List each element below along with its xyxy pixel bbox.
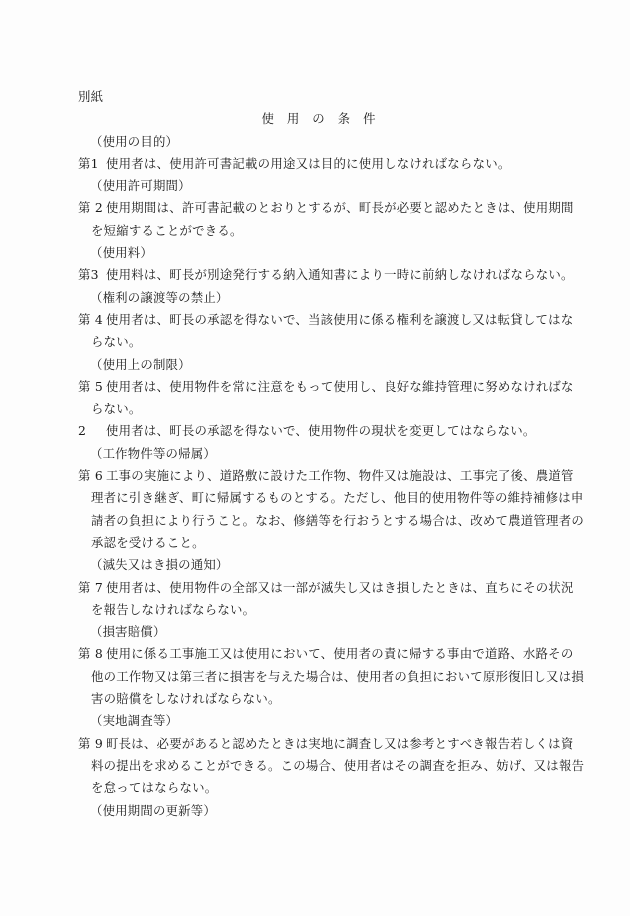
article-number: 第 7 [78, 577, 106, 599]
article-heading: （実地調査等） [78, 710, 552, 732]
article-heading: （使用許可期間） [78, 175, 552, 197]
article-text: 町長は、必要があると認めたときは実地に調査し又は参考とすべき報告若しくは資 [106, 736, 573, 751]
article-9: （実地調査等） 第 9町長は、必要があると認めたときは実地に調査し又は参考とすべ… [78, 710, 552, 799]
article-text: 使用者は、使用許可書記載の用途又は目的に使用しなければならない。 [106, 156, 511, 171]
article-text: 使用者は、使用物件を常に注意をもって使用し、良好な維持管理に努めなければな [106, 379, 574, 394]
paragraph-number: 2 [78, 420, 106, 442]
article-text-continued: 料の提出を求めることができる。この場合、使用者はその調査を拒み、妨げ、又は報告 [78, 755, 552, 777]
article-number: 第 9 [78, 733, 106, 755]
article-number: 第3 [78, 264, 106, 286]
paragraph-text: 使用者は、町長の承認を得ないで、使用物件の現状を変更してはならない。 [106, 423, 536, 438]
article-text: 工事の実施により、道路敷に設けた工作物、物件又は施設は、工事完了後、農道管 [106, 468, 574, 483]
article-10-heading: （使用期間の更新等） [78, 800, 552, 822]
article-heading: （権利の譲渡等の禁止） [78, 287, 552, 309]
article-heading: （使用料） [78, 242, 552, 264]
article-number: 第 4 [78, 309, 106, 331]
article-1: （使用の目的） 第1使用者は、使用許可書記載の用途又は目的に使用しなければならな… [78, 131, 552, 176]
article-7: （滅失又はき損の通知） 第 7使用者は、使用物件の全部又は一部が滅失し又はき損し… [78, 554, 552, 621]
document-title: 使用の条件 [78, 108, 552, 130]
article-heading: （使用上の制限） [78, 354, 552, 376]
article-text: 使用に係る工事施工又は使用において、使用者の責に帰する事由で道路、水路その [106, 646, 573, 661]
article-3: （使用料） 第3使用料は、町長が別途発行する納入通知書により一時に前納しなければ… [78, 242, 552, 287]
article-text-continued: 害の賠償をしなければならない。 [78, 688, 552, 710]
article-text-continued: を報告しなければならない。 [78, 599, 552, 621]
article-text-continued: 理者に引き継ぎ、町に帰属するものとする。ただし、他目的使用物件等の維持補修は申 [78, 487, 552, 509]
article-text: 使用者は、町長の承認を得ないで、当該使用に係る権利を譲渡し又は転貸してはな [106, 312, 573, 327]
article-6: （工作物件等の帰属） 第 6工事の実施により、道路敷に設けた工作物、物件又は施設… [78, 443, 552, 554]
article-number: 第1 [78, 153, 106, 175]
document-page: 別紙 使用の条件 （使用の目的） 第1使用者は、使用許可書記載の用途又は目的に使… [78, 86, 552, 822]
article-heading: （使用の目的） [78, 131, 552, 153]
article-text-continued: 承認を受けること。 [78, 532, 552, 554]
article-number: 第 2 [78, 197, 106, 219]
article-text-continued: 請者の負担により行うこと。なお、修繕等を行おうとする場合は、改めて農道管理者の [78, 510, 552, 532]
article-text-continued: を短縮することができる。 [78, 220, 552, 242]
article-text-continued: 他の工作物又は第三者に損害を与えた場合は、使用者の負担において原形復旧し又は損 [78, 666, 552, 688]
article-heading: （工作物件等の帰属） [78, 443, 552, 465]
article-8: （損害賠償） 第 8使用に係る工事施工又は使用において、使用者の責に帰する事由で… [78, 621, 552, 710]
article-text: 使用者は、使用物件の全部又は一部が滅失し又はき損したときは、直ちにその状況 [106, 580, 574, 595]
article-number: 第 6 [78, 465, 106, 487]
article-text: 使用料は、町長が別途発行する納入通知書により一時に前納しなければならない。 [106, 267, 574, 282]
article-heading: （滅失又はき損の通知） [78, 554, 552, 576]
article-text-continued: を怠ってはならない。 [78, 777, 552, 799]
article-text-continued: らない。 [78, 398, 552, 420]
article-text: 使用期間は、許可書記載のとおりとするが、町長が必要と認めたときは、使用期間 [106, 200, 574, 215]
article-4: （権利の譲渡等の禁止） 第 4使用者は、町長の承認を得ないで、当該使用に係る権利… [78, 287, 552, 354]
annex-label: 別紙 [78, 86, 552, 108]
article-5-paragraph-2: 2使用者は、町長の承認を得ないで、使用物件の現状を変更してはならない。 [78, 420, 552, 442]
article-text-continued: らない。 [78, 331, 552, 353]
article-number: 第 5 [78, 376, 106, 398]
article-number: 第 8 [78, 643, 106, 665]
article-heading: （損害賠償） [78, 621, 552, 643]
article-5: （使用上の制限） 第 5使用者は、使用物件を常に注意をもって使用し、良好な維持管… [78, 354, 552, 443]
article-2: （使用許可期間） 第 2使用期間は、許可書記載のとおりとするが、町長が必要と認め… [78, 175, 552, 242]
